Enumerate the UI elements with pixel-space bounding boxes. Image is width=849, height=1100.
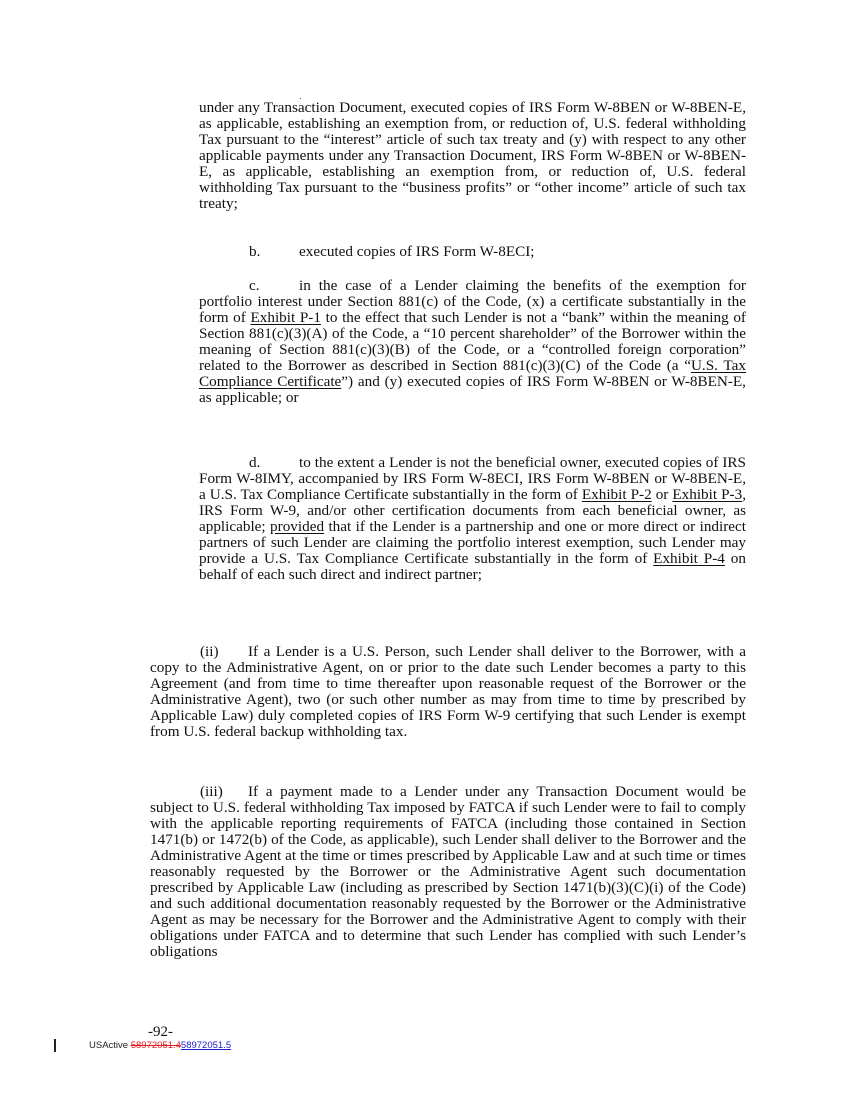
deleted-doc-id: 58972051.4 bbox=[131, 1040, 181, 1051]
item-d-marker: d. bbox=[249, 455, 299, 471]
provided-term: provided bbox=[270, 518, 324, 535]
item-ii-marker: (ii) bbox=[200, 644, 248, 660]
footer-label: USActive bbox=[89, 1040, 131, 1051]
item-d-text-2: or bbox=[652, 486, 673, 503]
page-number: -92- bbox=[148, 1024, 173, 1040]
exhibit-p4-link[interactable]: Exhibit P-4 bbox=[653, 550, 725, 567]
item-c: c.in the case of a Lender claiming the b… bbox=[199, 278, 746, 406]
item-b-text: executed copies of IRS Form W-8ECI; bbox=[299, 243, 535, 260]
item-c-marker: c. bbox=[249, 278, 299, 294]
item-iii-marker: (iii) bbox=[200, 784, 248, 800]
revision-change-bar bbox=[54, 1039, 56, 1052]
inserted-doc-id: 58972051.5 bbox=[181, 1040, 231, 1051]
document-page: under any Transaction Document, executed… bbox=[0, 0, 849, 1100]
footer-doc-id: USActive 58972051.458972051.5 bbox=[89, 1040, 231, 1052]
item-d: d.to the extent a Lender is not the bene… bbox=[199, 455, 746, 583]
item-b-marker: b. bbox=[249, 244, 299, 260]
exhibit-p3-link[interactable]: Exhibit P-3 bbox=[672, 486, 742, 503]
exhibit-p1-link[interactable]: Exhibit P-1 bbox=[250, 309, 320, 326]
item-iii-text: If a payment made to a Lender under any … bbox=[150, 783, 746, 960]
item-ii: (ii)If a Lender is a U.S. Person, such L… bbox=[150, 644, 746, 740]
exhibit-p2-link[interactable]: Exhibit P-2 bbox=[582, 486, 652, 503]
item-iii: (iii)If a payment made to a Lender under… bbox=[150, 784, 746, 960]
continuation-paragraph: under any Transaction Document, executed… bbox=[199, 100, 746, 212]
item-b: b.executed copies of IRS Form W-8ECI; bbox=[199, 244, 746, 260]
